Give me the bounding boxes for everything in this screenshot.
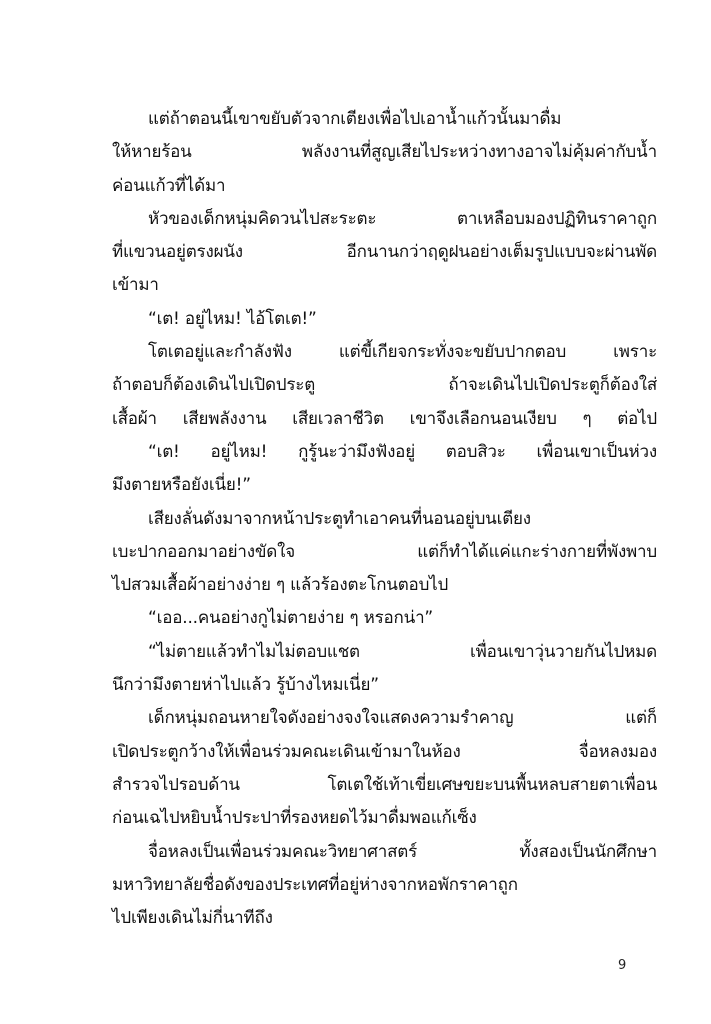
text-line: “เต! อยู่ไหม! ไอ้โตเต!” bbox=[112, 303, 657, 336]
text-line: เด็กหนุ่มถอนหายใจดังอย่างจงใจแสดงความรำค… bbox=[112, 702, 657, 735]
text-line: เข้ามา bbox=[112, 269, 657, 302]
text-line: นึกว่ามึงตายห่าไปแล้ว รู้บ้างไหมเนี่ย” bbox=[112, 669, 657, 702]
text-line: ที่แขวนอยู่ตรงผนัง อีกนานกว่าฤดูฝนอย่างเ… bbox=[112, 236, 657, 269]
text-line: จื่อหลงเป็นเพื่อนร่วมคณะวิทยาศาสตร์ ทั้ง… bbox=[112, 836, 657, 869]
text-line: มหาวิทยาลัยชื่อดังของประเทศที่อยู่ห่างจา… bbox=[112, 869, 657, 902]
text-line: เสียงลั่นดังมาจากหน้าประตูทำเอาคนที่นอนอ… bbox=[112, 503, 657, 536]
text-line: เปิดประตูกว้างให้เพื่อนร่วมคณะเดินเข้ามา… bbox=[112, 736, 657, 769]
text-line: เสื้อผ้า เสียพลังงาน เสียเวลาชีวิต เขาจึ… bbox=[112, 403, 657, 436]
document-page: แต่ถ้าตอนนี้เขาขยับตัวจากเตียงเพื่อไปเอา… bbox=[0, 0, 711, 1024]
text-line: ไปเพียงเดินไม่กี่นาทีถึง bbox=[112, 902, 657, 935]
text-line: สำรวจไปรอบด้าน โตเตใช้เท้าเขี่ยเศษขยะบนพ… bbox=[112, 769, 657, 802]
page-number: 9 bbox=[618, 958, 626, 973]
body-text: แต่ถ้าตอนนี้เขาขยับตัวจากเตียงเพื่อไปเอา… bbox=[112, 103, 657, 935]
text-line: แต่ถ้าตอนนี้เขาขยับตัวจากเตียงเพื่อไปเอา… bbox=[112, 103, 657, 136]
text-line: ก่อนเฉไปหยิบน้ำประปาที่รองหยดไว้มาดื่มพอ… bbox=[112, 802, 657, 835]
text-line: ไปสวมเสื้อผ้าอย่างง่าย ๆ แล้วร้องตะโกนตอ… bbox=[112, 569, 657, 602]
text-line: “ไม่ตายแล้วทำไมไม่ตอบแชต เพื่อนเขาวุ่นวา… bbox=[112, 636, 657, 669]
text-line: “เต! อยู่ไหม! กูรู้นะว่ามึงฟังอยู่ ตอบสิ… bbox=[112, 436, 657, 469]
text-line: ถ้าตอบก็ต้องเดินไปเปิดประตู ถ้าจะเดินไปเ… bbox=[112, 369, 657, 402]
text-line: ให้หายร้อน พลังงานที่สูญเสียไประหว่างทาง… bbox=[112, 136, 657, 169]
text-line: โตเตอยู่และกำลังฟัง แต่ขี้เกียจกระทั่งจะ… bbox=[112, 336, 657, 369]
text-line: “เออ...คนอย่างกูไม่ตายง่าย ๆ หรอกน่า” bbox=[112, 602, 657, 635]
text-line: ค่อนแก้วที่ได้มา bbox=[112, 170, 657, 203]
text-line: เบะปากออกมาอย่างขัดใจ แต่ก็ทำได้แค่แกะร่… bbox=[112, 536, 657, 569]
text-line: มึงตายหรือยังเนี่ย!” bbox=[112, 469, 657, 502]
text-line: หัวของเด็กหนุ่มคิดวนไปสะระตะ ตาเหลือบมอง… bbox=[112, 203, 657, 236]
